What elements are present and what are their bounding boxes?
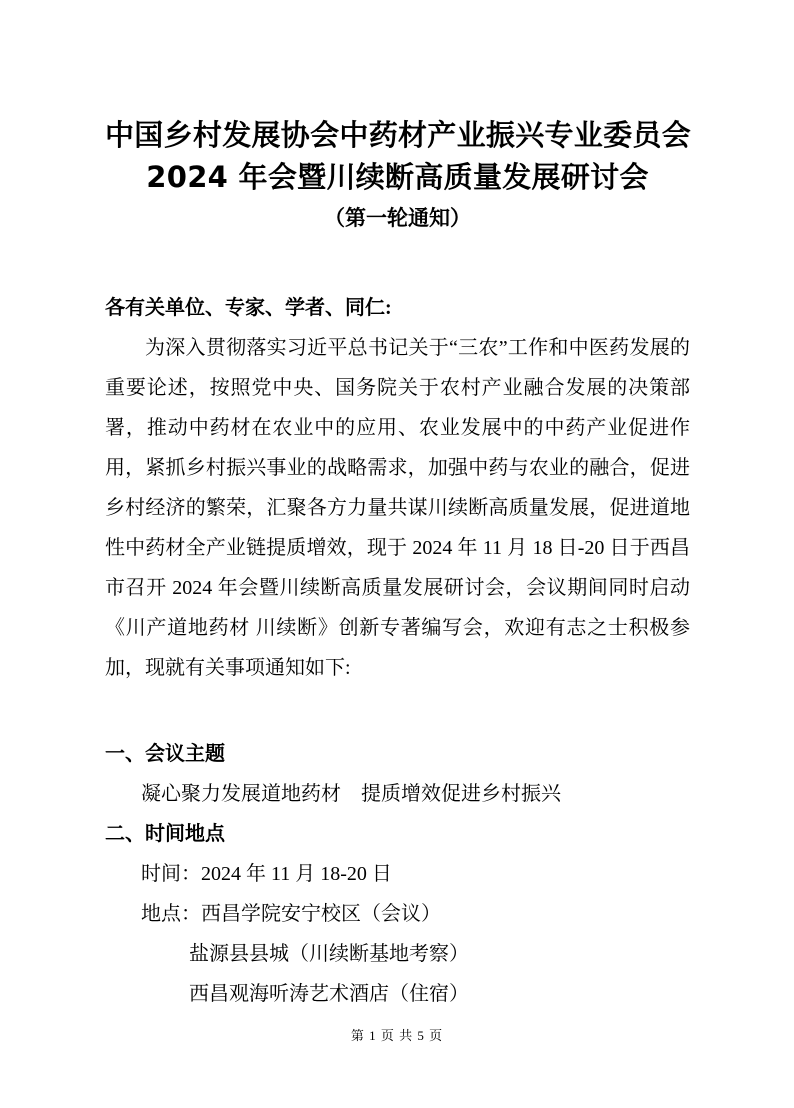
document-title-line2: 2024 年会暨川续断高质量发展研讨会 [105,156,690,198]
salutation-line: 各有关单位、专家、学者、同仁: [105,288,690,328]
section-2-heading: 二、时间地点 [105,814,690,854]
page-number-footer: 第 1 页 共 5 页 [0,1026,794,1046]
time-line: 时间：2024 年 11 月 18-20 日 [105,854,690,894]
place-line-2: 盐源县县城（川续断基地考察） [105,934,690,974]
document-subtitle: （第一轮通知） [105,198,690,238]
conference-theme-line: 凝心聚力发展道地药材 提质增效促进乡村振兴 [105,774,690,814]
intro-paragraph: 为深入贯彻落实习近平总书记关于“三农”工作和中医药发展的重要论述，按照党中央、国… [105,328,690,688]
document-title-line1: 中国乡村发展协会中药材产业振兴专业委员会 [105,114,690,156]
document-page: 中国乡村发展协会中药材产业振兴专业委员会 2024 年会暨川续断高质量发展研讨会… [0,0,794,1108]
section-1-heading: 一、会议主题 [105,734,690,774]
place-line-main: 地点：西昌学院安宁校区（会议） [105,894,690,934]
place-line-3: 西昌观海听涛艺术酒店（住宿） [105,974,690,1014]
